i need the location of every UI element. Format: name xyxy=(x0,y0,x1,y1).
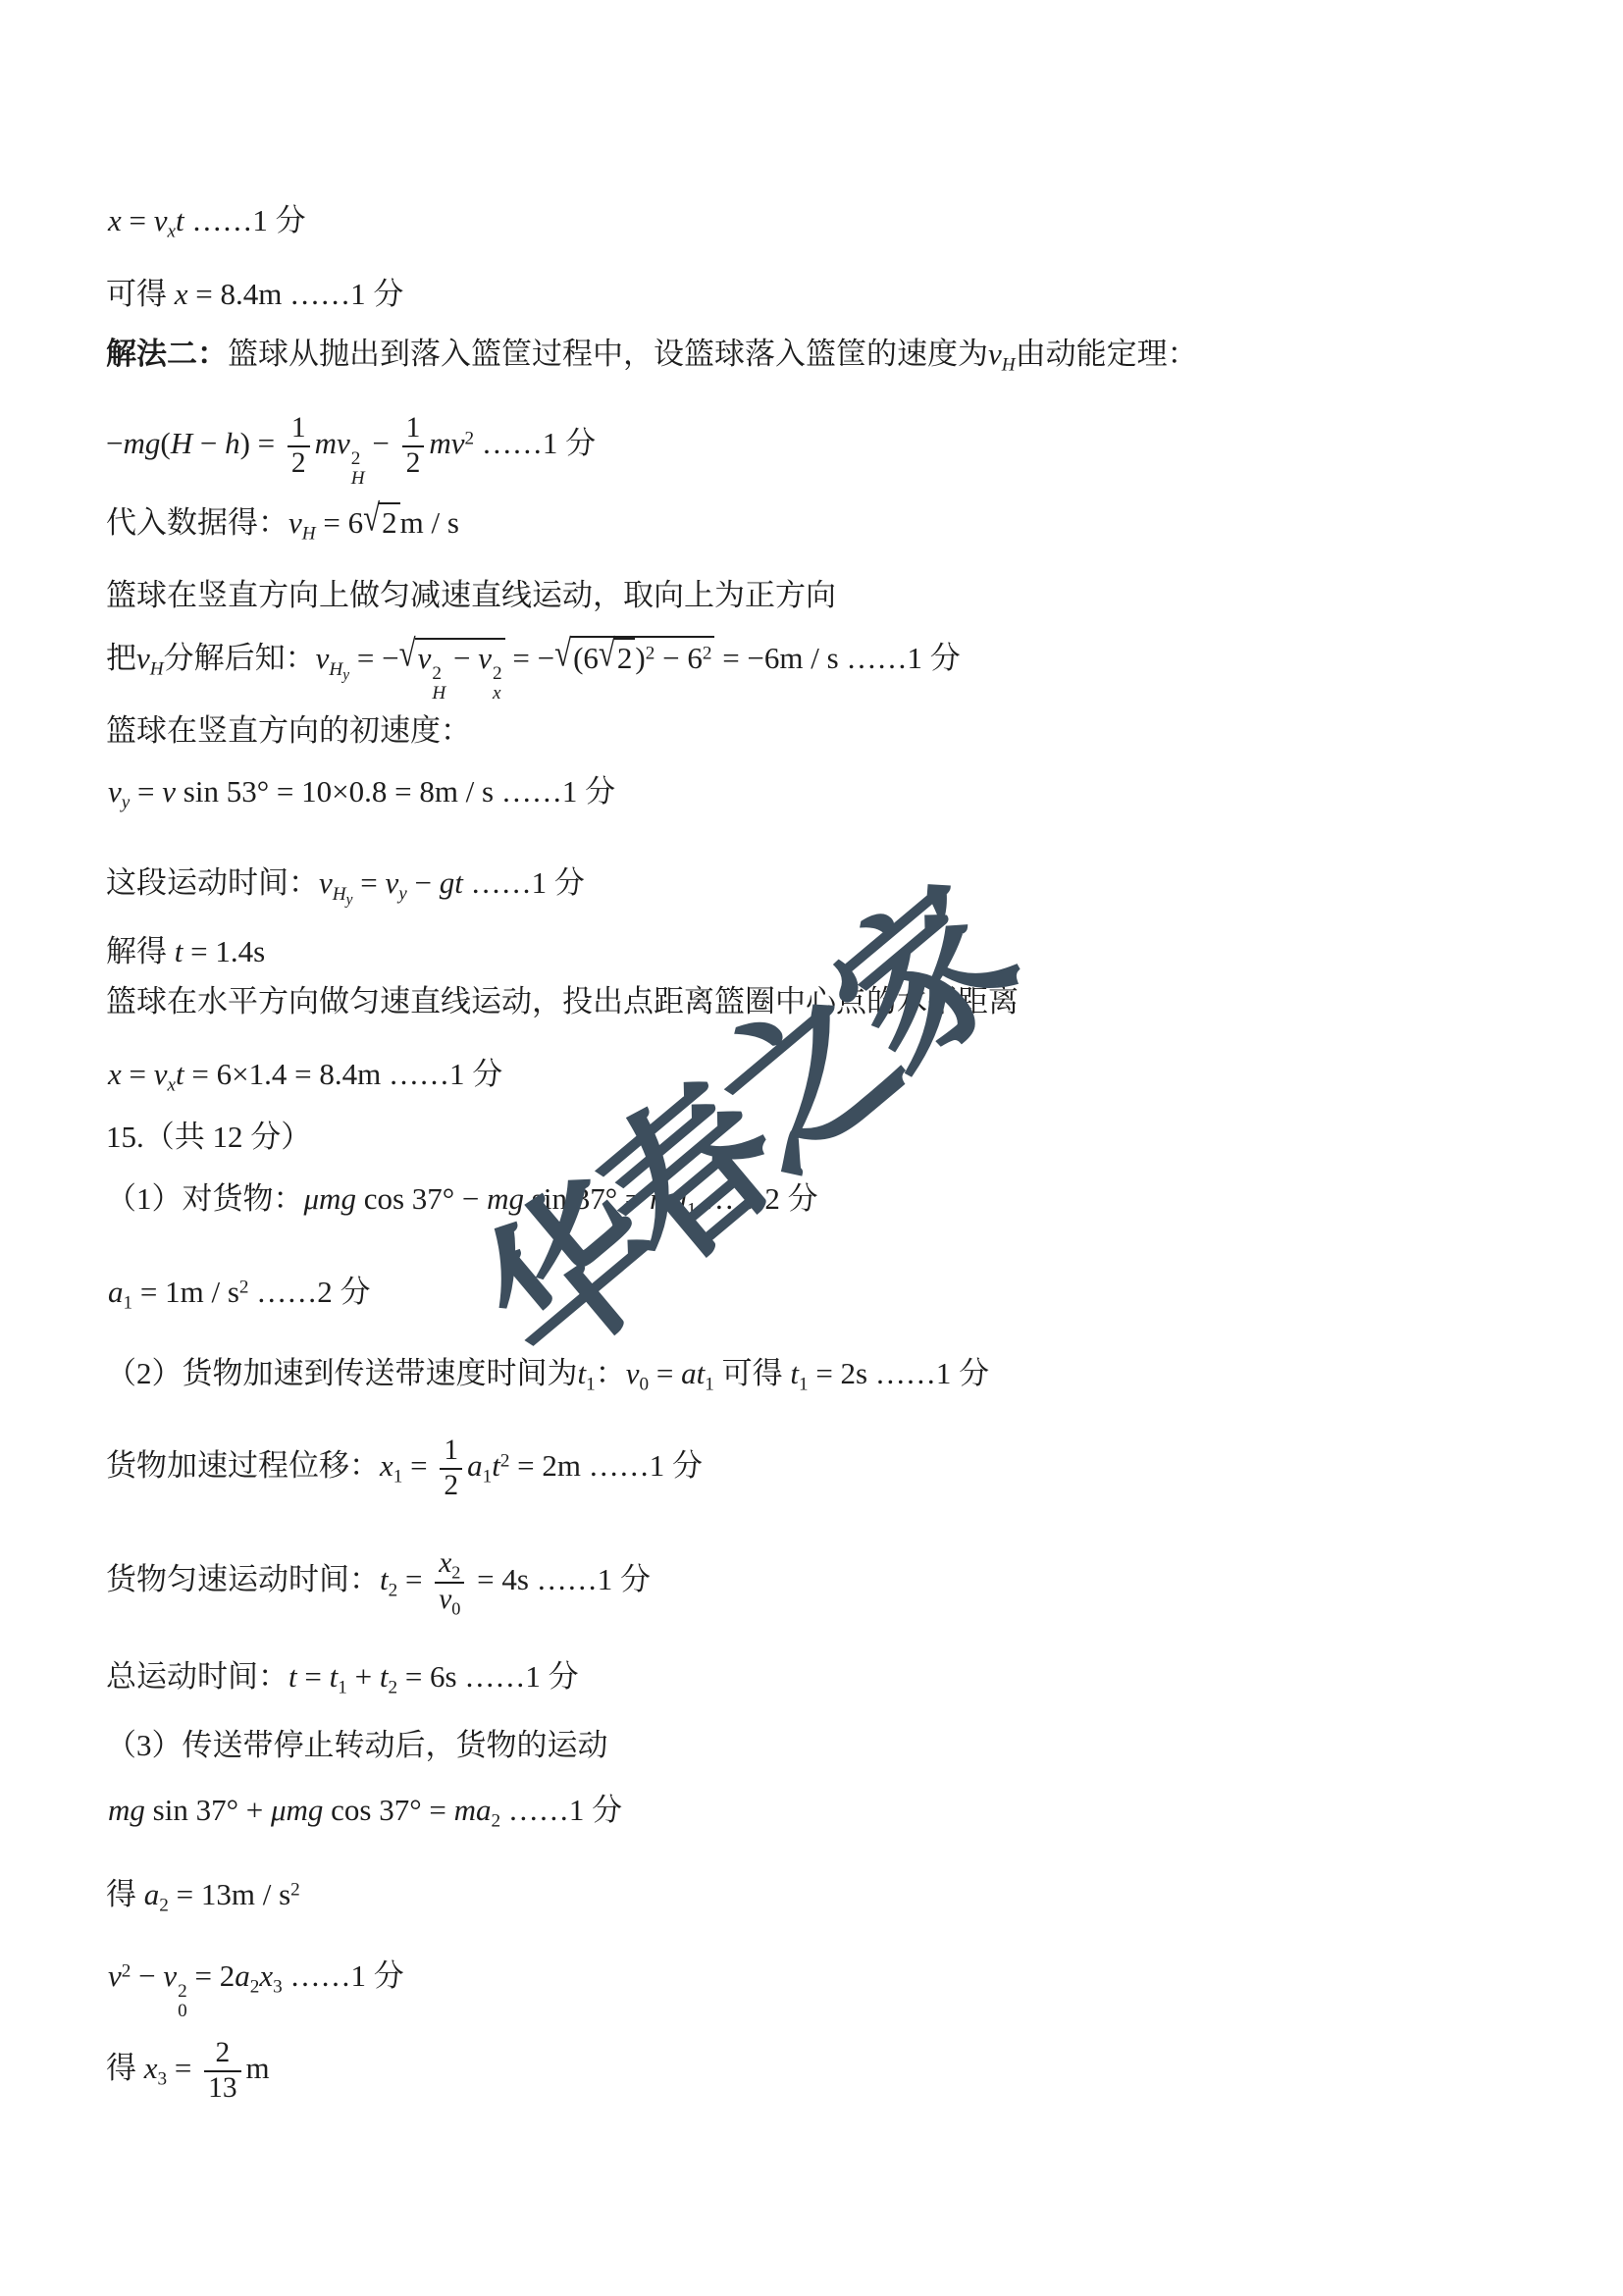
text: 2 xyxy=(351,448,361,469)
text: 2 xyxy=(646,643,655,663)
math-var: t xyxy=(176,1057,184,1091)
math-var: v xyxy=(988,337,1002,371)
math-var: H xyxy=(432,683,445,704)
text: = − xyxy=(505,641,554,675)
text: 0 xyxy=(640,1375,650,1395)
text: = 6 xyxy=(316,505,363,540)
text: 3 xyxy=(158,2069,168,2090)
text-line: 篮球在竖直方向的初速度： xyxy=(106,712,471,751)
text: 2 xyxy=(451,1562,460,1582)
text: m xyxy=(246,2051,270,2085)
text: 2 xyxy=(159,1896,169,1916)
text: 2 xyxy=(703,643,712,663)
text: 这段运动时间： xyxy=(106,865,319,900)
math-var: v xyxy=(439,1584,451,1615)
text: 3 xyxy=(273,1977,283,1998)
text-line: 总运动时间：t = t1 + t2 = 6s ……1 分 xyxy=(106,1658,579,1697)
text: ……1 分 xyxy=(500,1793,622,1827)
math-var: ma xyxy=(454,1793,492,1827)
text-line: −mg(H − h) = 12mv2H − 12mv2 ……1 分 xyxy=(106,412,596,489)
text: cos 37° = xyxy=(323,1793,453,1827)
math-var: x xyxy=(144,2051,158,2085)
text-line: 代入数据得：vH = 6√2m / s xyxy=(106,502,459,544)
math-var: t xyxy=(330,1659,339,1694)
text: 篮球在竖直方向的初速度： xyxy=(106,713,471,748)
math-var: t xyxy=(380,1562,389,1596)
math-var: v xyxy=(626,1356,640,1390)
text: 13 xyxy=(208,2072,236,2104)
math-var: mv xyxy=(315,426,350,460)
text: 2 xyxy=(250,1977,260,1998)
text: ……2 分 xyxy=(249,1275,371,1309)
text: 2 xyxy=(617,641,633,675)
text: = −6m / s ……1 分 xyxy=(714,641,960,675)
fraction: 12 xyxy=(402,412,425,481)
text: 代入数据得： xyxy=(106,505,288,540)
math-var: x xyxy=(259,1958,273,1993)
text: = 4s ……1 分 xyxy=(469,1562,651,1596)
text-line: 15.（共 12 分） xyxy=(106,1119,311,1157)
math-var: x xyxy=(168,1075,177,1096)
text: 2 xyxy=(406,447,421,479)
radical: √v2H − v2x xyxy=(399,638,505,704)
text: 2 xyxy=(388,1678,397,1698)
text: − 6 xyxy=(654,641,702,675)
math-var: v xyxy=(385,865,398,900)
math-var: x xyxy=(168,222,177,242)
math-var: v xyxy=(108,774,122,809)
math-var: μmg xyxy=(271,1793,323,1827)
sup-sub-stack: 2H xyxy=(432,664,445,704)
text: 1 xyxy=(483,1467,493,1487)
text: 把 xyxy=(106,641,136,675)
math-var: x xyxy=(175,277,188,311)
text: 2 xyxy=(122,1960,131,1981)
math-var: y xyxy=(398,884,407,905)
text: 篮球从抛出到落入篮筐过程中，设篮球落入篮筐的速度为 xyxy=(228,337,988,371)
radical: √(6√2)2 − 62 xyxy=(554,636,714,678)
math-var: v xyxy=(108,1958,122,1993)
text: 2 xyxy=(290,1879,300,1900)
math-var: v xyxy=(136,641,150,675)
fraction: 12 xyxy=(440,1435,462,1503)
text: = 2s ……1 分 xyxy=(809,1356,990,1390)
text-line: mg sin 37° + μmg cos 37° = ma2 ……1 分 xyxy=(108,1792,622,1831)
text: = − xyxy=(349,641,398,675)
text: = 1.4s xyxy=(183,934,265,968)
text: 2 xyxy=(215,2037,230,2068)
text: 由动能定理： xyxy=(1016,337,1198,371)
text: 2 xyxy=(465,428,475,448)
radical: √2 xyxy=(363,502,400,543)
math-var: H xyxy=(351,468,365,489)
text: = xyxy=(122,203,154,237)
text: 篮球在竖直方向上做匀减速直线运动，取向上为正方向 xyxy=(106,578,836,612)
text: − xyxy=(407,865,440,900)
text: ……1 分 xyxy=(463,865,585,900)
text: （1）对货物： xyxy=(106,1181,304,1216)
text: （3）传送带停止转动后，货物的运动 xyxy=(106,1728,608,1762)
text: = 6s ……1 分 xyxy=(397,1659,579,1694)
math-var: t xyxy=(790,1356,799,1390)
text: 0 xyxy=(451,1598,460,1618)
text-line: 解法二：篮球从抛出到落入篮筐过程中，设篮球落入篮筐的速度为vH由动能定理： xyxy=(106,336,1198,375)
text: = 8.4m ……1 分 xyxy=(188,277,404,311)
text: 1 xyxy=(338,1678,347,1698)
text: − xyxy=(365,426,397,460)
text: 可得 xyxy=(714,1356,791,1390)
text: 2 xyxy=(444,1470,458,1501)
math-var: v xyxy=(418,641,432,675)
text-line: 解得 t = 1.4s xyxy=(106,933,265,971)
text: = xyxy=(649,1356,681,1390)
text: ) = xyxy=(240,426,283,460)
text: 2 xyxy=(493,663,502,684)
math-var: v xyxy=(162,774,176,809)
math-var: mg xyxy=(108,1793,145,1827)
text: = xyxy=(402,1448,435,1483)
text: cos 37° − xyxy=(356,1181,487,1216)
text-line: 这段运动时间：vHy = vy − gt ……1 分 xyxy=(106,864,585,908)
text: 2 xyxy=(500,1450,510,1471)
text: = xyxy=(130,774,162,809)
text: 得 xyxy=(106,2051,144,2085)
text: = xyxy=(397,1562,430,1596)
math-var: H xyxy=(302,524,316,545)
text-line: 得 a2 = 13m / s2 xyxy=(106,1876,300,1915)
text-line: a1 = 1m / s2 ……2 分 xyxy=(108,1274,371,1313)
math-var: v xyxy=(319,865,333,900)
text-line: v2 − v20 = 2a2x3 ……1 分 xyxy=(108,1957,404,2021)
math-var: gt xyxy=(440,865,463,900)
math-var: v xyxy=(163,1958,177,1993)
math-var: H xyxy=(150,659,164,680)
fraction: 12 xyxy=(288,412,310,481)
text: = 13m / s xyxy=(169,1877,290,1911)
text: − xyxy=(445,641,478,675)
math-var: t xyxy=(492,1448,500,1483)
text: = xyxy=(352,865,385,900)
text: 1 xyxy=(291,412,306,444)
math-var: t xyxy=(176,203,184,237)
math-var: at xyxy=(681,1356,705,1390)
text: = 2 xyxy=(187,1958,235,1993)
text: ……1 分 xyxy=(184,203,306,237)
math-var: x xyxy=(439,1547,451,1579)
text: 2 xyxy=(389,1580,398,1600)
document-page: x = vxt ……1 分可得 x = 8.4m ……1 分解法二：篮球从抛出到… xyxy=(0,0,1623,2296)
text: 可得 xyxy=(106,277,175,311)
text: 15.（共 12 分） xyxy=(106,1120,311,1154)
text: 解得 xyxy=(106,934,175,968)
text: = 1m / s xyxy=(132,1275,239,1309)
text-line: x = vxt ……1 分 xyxy=(108,202,306,241)
math-var: v xyxy=(478,641,492,675)
text: (6 xyxy=(573,641,599,675)
math-var: H xyxy=(171,426,192,460)
math-var: μmg xyxy=(304,1181,356,1216)
text: 货物加速过程位移： xyxy=(106,1448,380,1483)
text: ……1 分 xyxy=(474,426,596,460)
math-var: v xyxy=(288,505,302,540)
text: 2 xyxy=(492,1811,501,1832)
text: 2 xyxy=(291,447,306,479)
text: + xyxy=(347,1659,380,1694)
text-line: 可得 x = 8.4m ……1 分 xyxy=(106,276,403,314)
math-var: t xyxy=(288,1659,297,1694)
text: 分解后知： xyxy=(164,641,316,675)
text-line: 把vH分解后知：vHy = −√v2H − v2x = −√(6√2)2 − 6… xyxy=(106,636,961,704)
math-var: a xyxy=(144,1877,160,1911)
text: m / s xyxy=(400,505,459,540)
text: = 2m ……1 分 xyxy=(509,1448,703,1483)
text: − xyxy=(131,1958,163,1993)
text: 2 xyxy=(178,1981,187,2002)
text: 总运动时间： xyxy=(106,1659,288,1694)
math-var: H xyxy=(1002,355,1016,376)
text-line: 得 x3 = 213m xyxy=(106,2037,270,2106)
text: 2 xyxy=(239,1277,249,1297)
math-var: H xyxy=(333,884,346,905)
text: = 6×1.4 = 8.4m ……1 分 xyxy=(184,1057,503,1091)
math-var: a xyxy=(235,1958,250,1993)
text: 货物匀速运动时间： xyxy=(106,1562,380,1596)
sup-sub-stack: 2H xyxy=(351,449,365,489)
text-line: 篮球在竖直方向上做匀减速直线运动，取向上为正方向 xyxy=(106,577,836,615)
text: 2 xyxy=(432,663,442,684)
math-var: v xyxy=(316,641,330,675)
text: − xyxy=(192,426,225,460)
math-var: v xyxy=(154,1057,168,1091)
text: 1 xyxy=(799,1375,809,1395)
text: 1 xyxy=(124,1293,133,1314)
text: 2 xyxy=(382,505,397,540)
text-line: 货物匀速运动时间：t2 = x2v0 = 4s ……1 分 xyxy=(106,1547,651,1617)
text: ( xyxy=(160,426,170,460)
text: = xyxy=(167,2051,199,2085)
text: = xyxy=(122,1057,154,1091)
math-var: H xyxy=(329,659,342,680)
text-line: 货物加速过程位移：x1 = 12a1t2 = 2m ……1 分 xyxy=(106,1435,703,1503)
sup-sub-stack: 2x xyxy=(493,664,502,704)
text-line: x = vxt = 6×1.4 = 8.4m ……1 分 xyxy=(108,1056,502,1095)
sup-sub-stack: 20 xyxy=(178,1982,187,2021)
text: = xyxy=(297,1659,330,1694)
math-var: mg xyxy=(123,426,160,460)
math-var: a xyxy=(108,1275,124,1309)
text: （2）货物加速到传送带速度时间为 xyxy=(106,1356,578,1390)
text: 得 xyxy=(106,1877,144,1911)
math-var: v xyxy=(154,203,168,237)
math-var: a xyxy=(467,1448,483,1483)
math-var: mv xyxy=(429,426,464,460)
text: 1 xyxy=(444,1435,458,1466)
text: 0 xyxy=(178,2001,187,2021)
text: − xyxy=(106,426,123,460)
math-var: x xyxy=(108,203,122,237)
text: ) xyxy=(635,641,645,675)
text-line: vy = v sin 53° = 10×0.8 = 8m / s ……1 分 xyxy=(108,773,615,812)
fraction: 213 xyxy=(204,2037,240,2106)
math-var: x xyxy=(380,1448,393,1483)
fraction: x2v0 xyxy=(435,1547,464,1617)
text: 1 xyxy=(393,1467,403,1487)
radical: √2 xyxy=(599,638,636,678)
math-var: h xyxy=(225,426,240,460)
text: ……1 分 xyxy=(283,1958,404,1993)
text: 1 xyxy=(406,412,421,444)
bold-text: 解法二： xyxy=(106,337,228,371)
math-var: x xyxy=(108,1057,122,1091)
watermark: 华春之家 xyxy=(456,870,1032,1391)
text: 1 xyxy=(705,1375,714,1395)
text: sin 53° = 10×0.8 = 8m / s ……1 分 xyxy=(176,774,615,809)
math-var: x xyxy=(493,683,501,704)
text: sin 37° + xyxy=(145,1793,271,1827)
text-line: （3）传送带停止转动后，货物的运动 xyxy=(106,1727,608,1765)
